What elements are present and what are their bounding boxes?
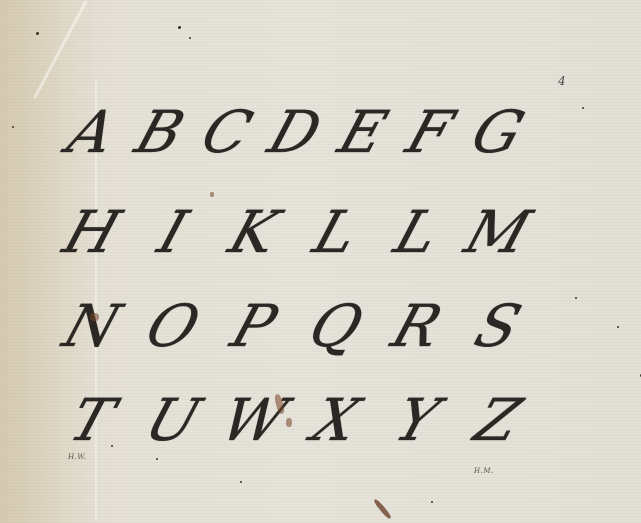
ink-stain [286, 418, 292, 427]
alphabet-row-2: H I K L L M [60, 192, 530, 272]
alphabet-row-1: A B C D E F G [60, 92, 530, 172]
letter: Q [293, 292, 379, 360]
paper-speck [240, 481, 242, 483]
paper-speck [178, 26, 181, 29]
alphabet-specimen: A B C D E F G H I K L L M N O P Q R S T … [0, 0, 641, 523]
letter: Y [374, 386, 460, 454]
alphabet-row-4: T U W X Y Z [60, 380, 530, 460]
ink-stain [90, 313, 99, 321]
paper-speck [617, 326, 619, 328]
paper-speck [111, 445, 113, 447]
letter: L [293, 198, 379, 266]
alphabet-row-3: N O P Q R S [60, 286, 530, 366]
letter: T [49, 386, 135, 454]
paper-speck [575, 297, 577, 299]
paper-speck [431, 501, 433, 503]
letter: P [211, 292, 297, 360]
letter: R [374, 292, 460, 360]
letter: U [130, 386, 216, 454]
ink-stain [210, 192, 214, 197]
paper-speck [12, 126, 14, 128]
letter: S [455, 292, 541, 360]
paper-speck [36, 32, 39, 35]
letter: W [211, 386, 297, 454]
letter: H [49, 198, 135, 266]
paper-speck [189, 37, 191, 39]
letter: O [130, 292, 216, 360]
letter: X [293, 386, 379, 454]
paper-speck [582, 107, 584, 109]
letter: Z [455, 386, 541, 454]
letter: L [374, 198, 460, 266]
engraver-initials-left: H.W. [68, 453, 87, 461]
paper-speck [156, 458, 158, 460]
letter: N [49, 292, 135, 360]
engraver-initials-right: H.M. [474, 467, 494, 475]
letter: K [211, 198, 297, 266]
letter: M [455, 198, 541, 266]
letter: I [130, 198, 216, 266]
